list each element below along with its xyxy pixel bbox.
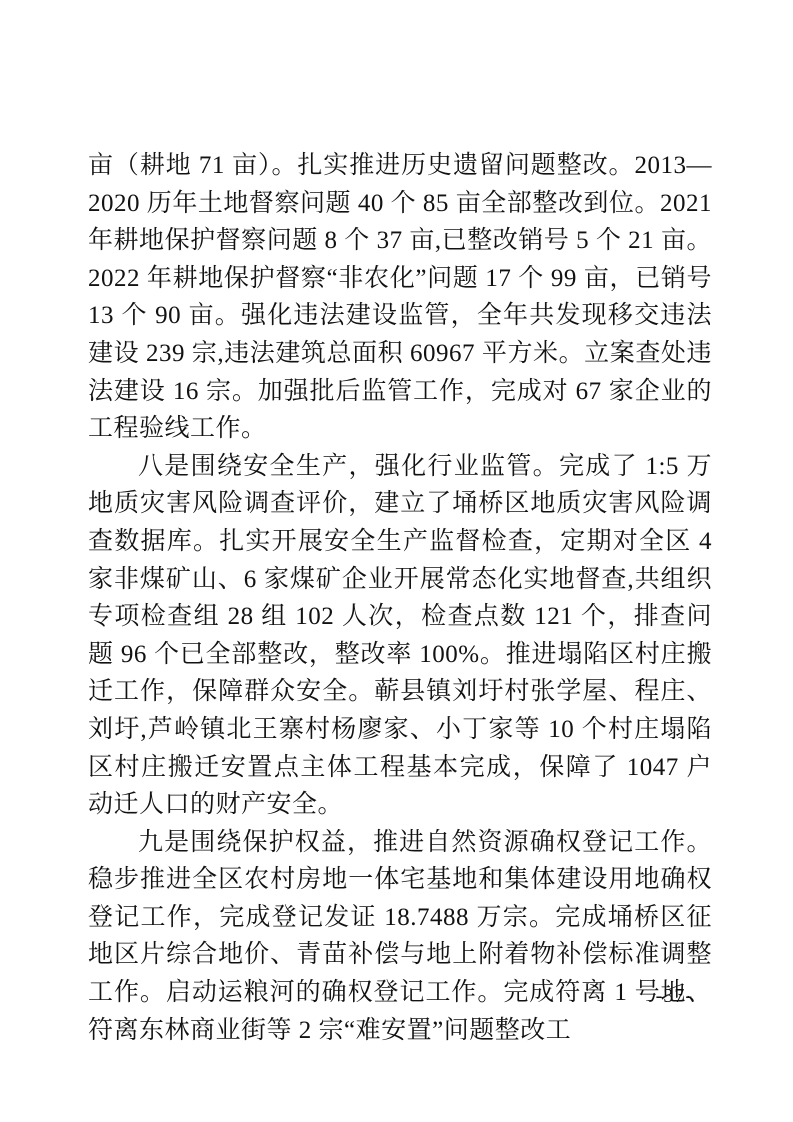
document-page: 亩（耕地 71 亩）。扎实推进历史遗留问题整改。2013—2020 历年土地督察… <box>0 0 793 1122</box>
paragraph-item-9: 九是围绕保护权益，推进自然资源确权登记工作。稳步推进全区农村房地一体宅基地和集体… <box>88 824 712 1050</box>
document-body-text: 亩（耕地 71 亩）。扎实推进历史遗留问题整改。2013—2020 历年土地督察… <box>88 147 712 1049</box>
paragraph-continued: 亩（耕地 71 亩）。扎实推进历史遗留问题整改。2013—2020 历年土地督察… <box>88 147 712 448</box>
page-number: -37- <box>656 985 693 1008</box>
paragraph-item-8: 八是围绕安全生产，强化行业监管。完成了 1:5 万地质灾害风险调查评价，建立了埇… <box>88 448 712 824</box>
